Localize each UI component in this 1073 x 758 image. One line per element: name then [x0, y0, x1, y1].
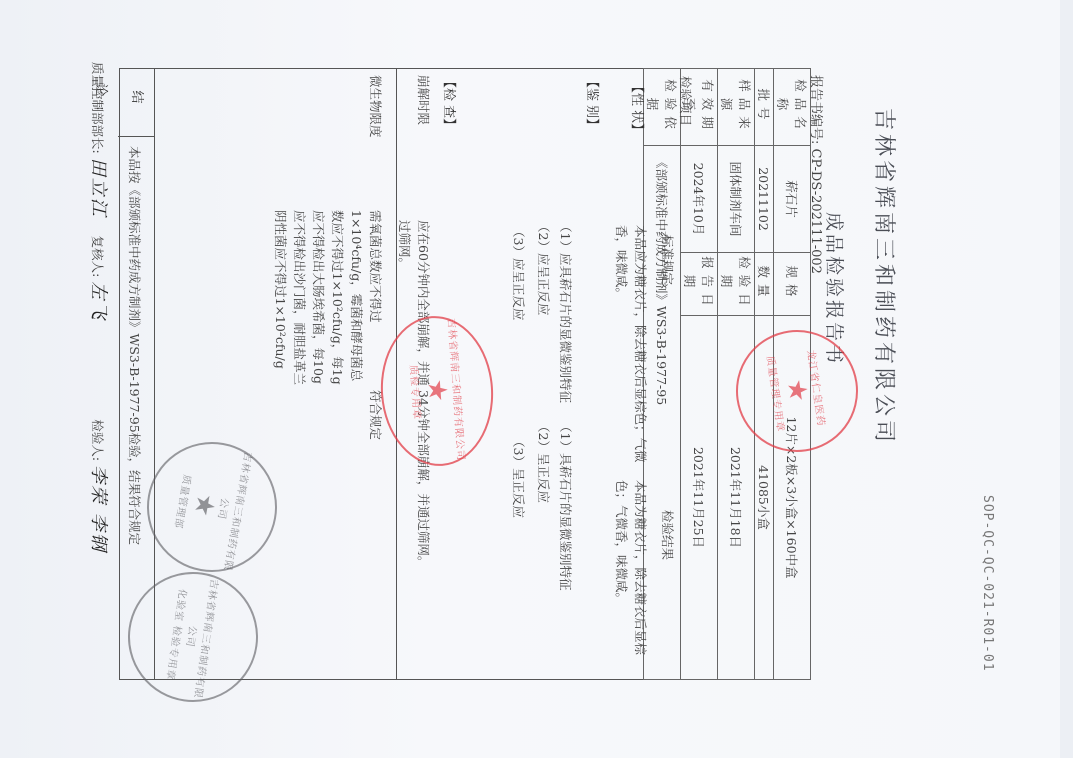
batch-value: 20211102 [755, 146, 774, 253]
identification-2-standard: （2）应呈正反应 [535, 220, 553, 315]
identification-3-result: （3）呈正反应 [510, 435, 528, 518]
inspection-report-page: 吉林省辉南三和制药有限公司 成品检验报告书 SOP-QC-QC-021-R01-… [0, 0, 1073, 758]
star-icon: ★ [423, 378, 451, 404]
qc-head-signature: 田立江 [88, 158, 109, 218]
source-label: 样品来源 [718, 69, 755, 146]
reviewer-label: 复核人: [90, 236, 105, 278]
identification-1-result: （1）具菥石片的显微鉴别特征 [557, 420, 575, 590]
test-date-label: 检验日期 [718, 253, 755, 316]
signature-row: 质量控制部部长: 田立江 复核人: 左飞 检验人: 李荣 李钢 [87, 62, 113, 553]
product-name-value: 菥石片 [774, 146, 811, 253]
conclusion-text: 本品按《部颁标准中药成方制剂》WS3-B-1977-95检验，结果符合规定 [126, 146, 144, 545]
source-value: 固体制剂车间 [718, 146, 755, 253]
section-heading-inspection: 【检 查】 [441, 75, 460, 131]
basis-label: 检验依据 [644, 69, 681, 146]
section-heading-identification: 【鉴 别】 [584, 75, 603, 131]
star-icon: ★ [782, 377, 811, 405]
identification-1-standard: （1）应具菥石片的显微鉴别特征 [557, 220, 575, 403]
company-name: 吉林省辉南三和制药有限公司 [870, 108, 901, 446]
batch-label: 批号 [755, 69, 774, 146]
section-heading-character: 【性 状】 [629, 80, 648, 136]
microbial-limit-standard: 需氧菌总数应不得过1×10⁴cfu/g，霉菌和酵母菌总数应不得过1×10²cfu… [271, 210, 385, 385]
quantity-label: 数量 [755, 253, 774, 316]
disintegration-label: 崩解时限 [415, 75, 433, 125]
inspector-signature: 李荣 李钢 [88, 465, 109, 553]
conclusion-label: 结 论: [118, 68, 154, 137]
stamp-inner-text: 质检专用章 [407, 364, 426, 420]
column-header-item: 检验项目 [677, 76, 695, 126]
identification-2-result: （2）呈正反应 [535, 420, 553, 503]
spec-label: 规格 [774, 253, 811, 316]
star-icon: ★ [190, 491, 220, 519]
column-header-result: 检验结果 [659, 510, 677, 560]
report-date-label: 报告日期 [681, 253, 718, 316]
table-row: 有效期至 2024年10月 报告日期 2021年11月25日 [681, 69, 718, 680]
microbial-limit-label: 微生物限度 [367, 75, 385, 138]
column-header-standard: 标准规定 [659, 235, 677, 285]
report-date-value: 2021年11月25日 [681, 316, 718, 680]
qc-head-label: 质量控制部部长: [90, 62, 105, 154]
inspector-label: 检验人: [90, 419, 105, 461]
product-name-label: 检品名称 [774, 69, 811, 146]
character-result: 本品为糖衣片，除去糖衣后显棕色；气微香，味微咸。 [612, 420, 650, 675]
expiry-value: 2024年10月 [681, 146, 718, 253]
reviewer-signature: 左飞 [88, 281, 109, 321]
document-code: SOP-QC-QC-021-R01-01 [980, 495, 995, 672]
identification-3-standard: （3）应呈正反应 [510, 225, 528, 320]
